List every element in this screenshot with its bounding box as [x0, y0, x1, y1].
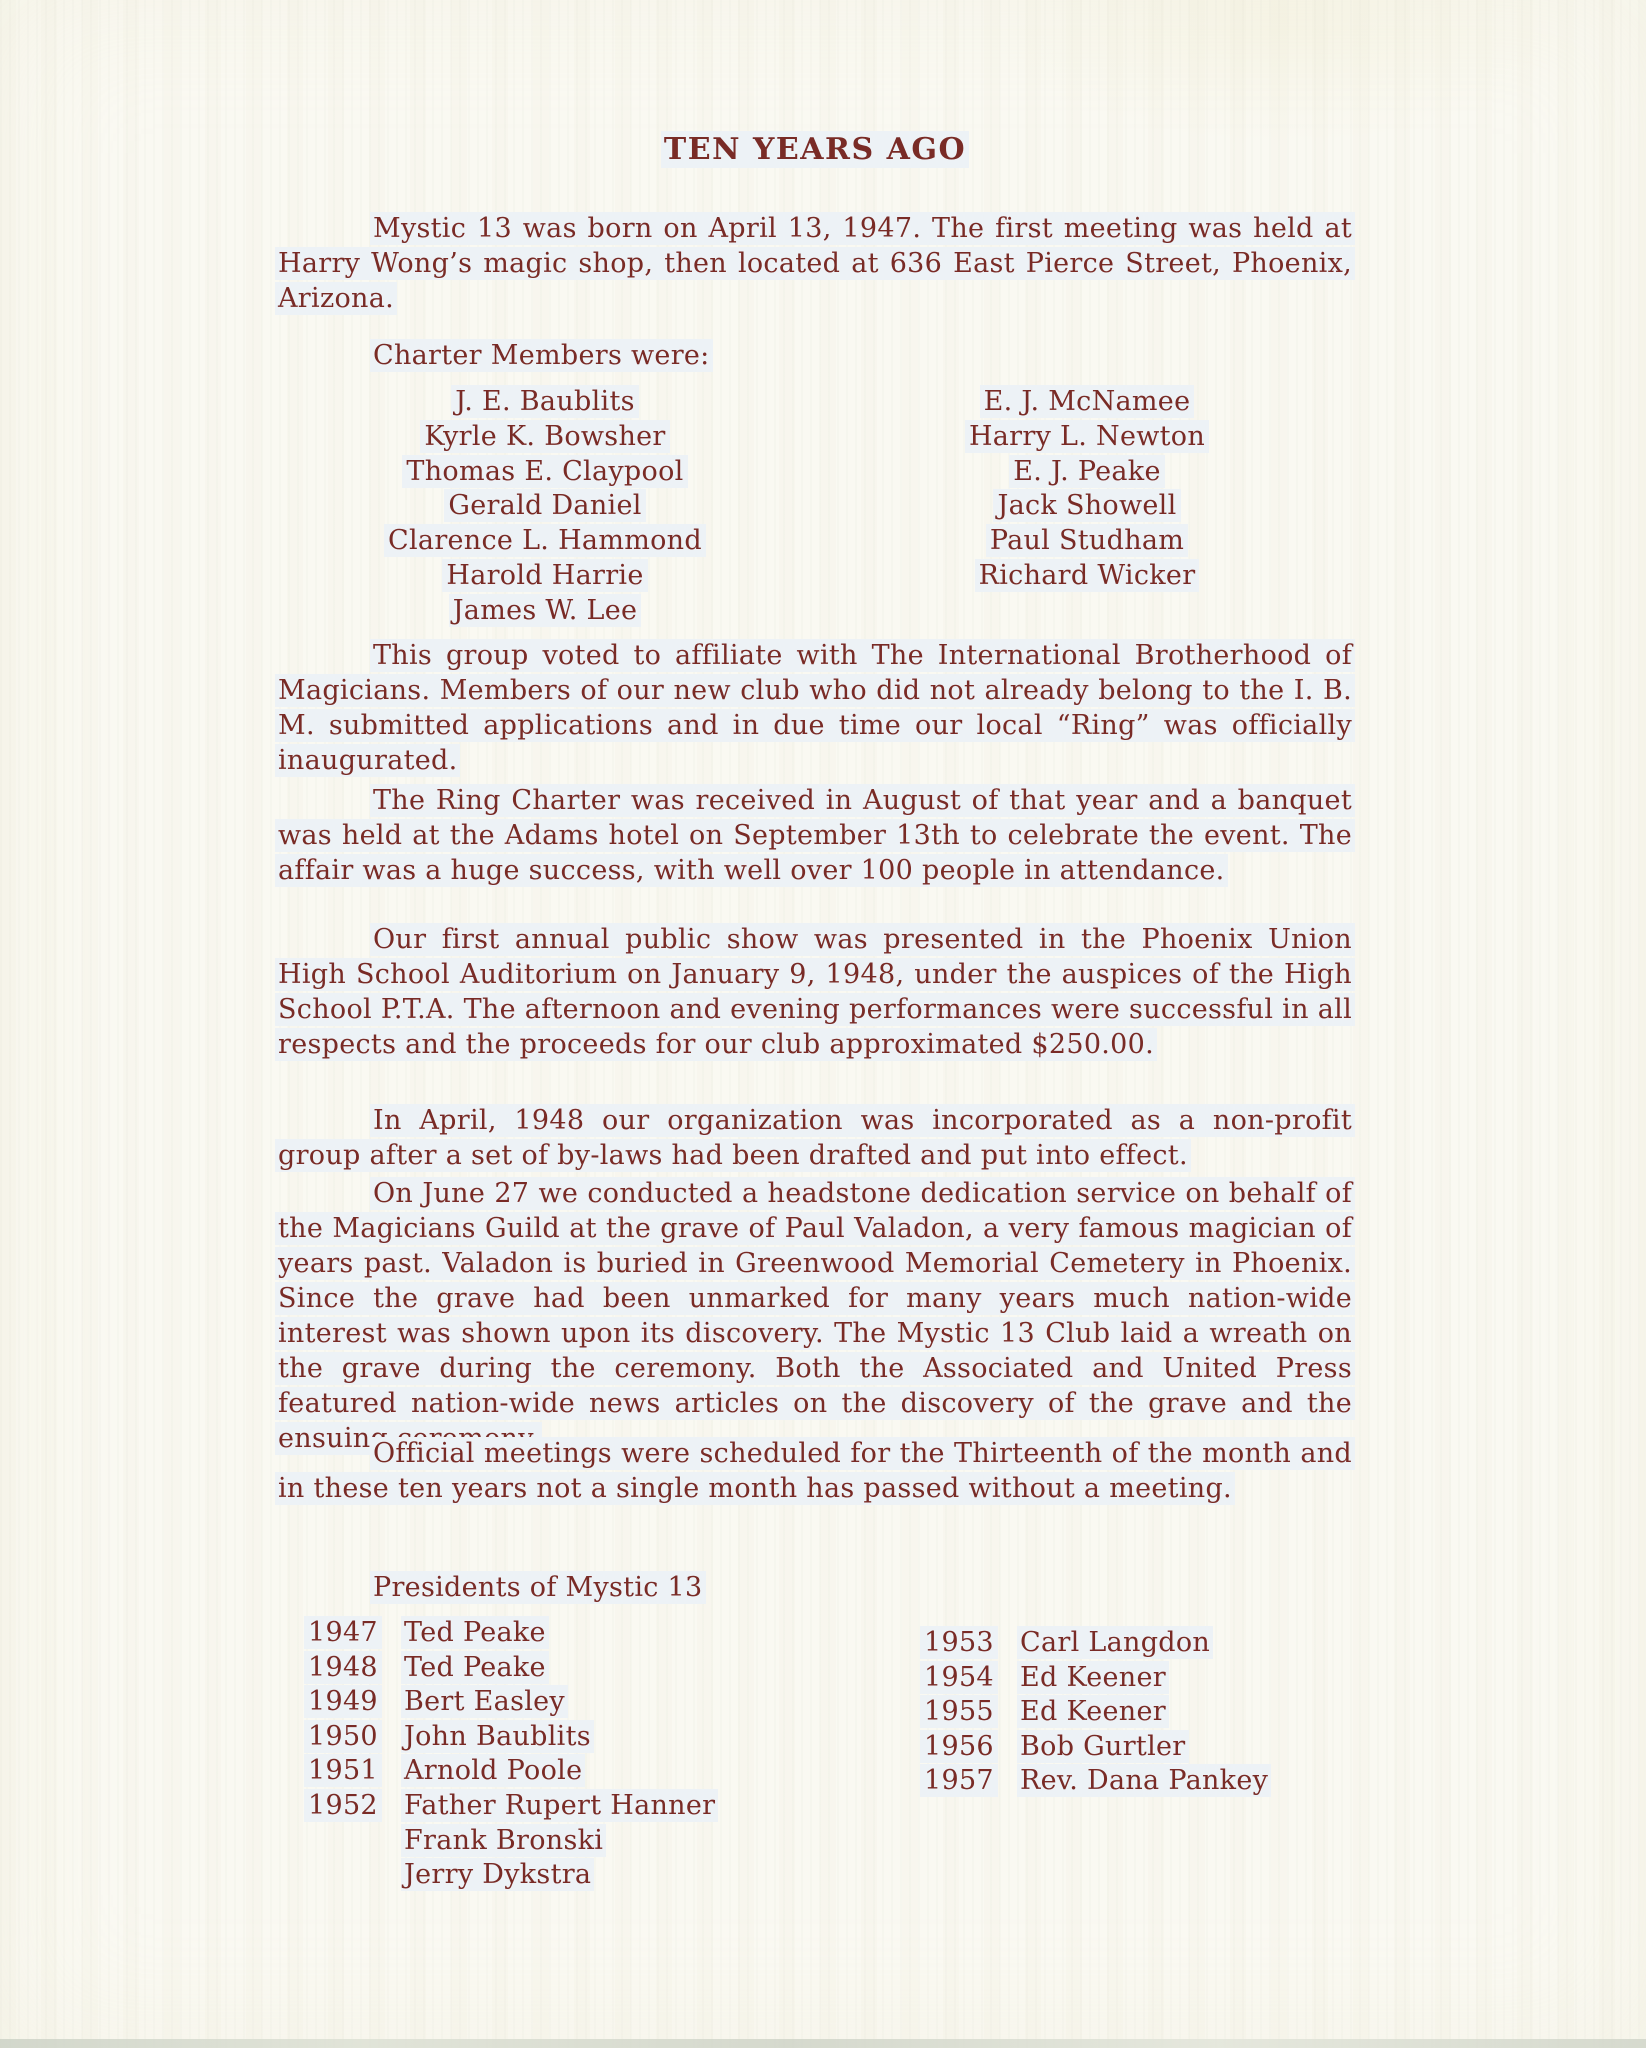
president-name-text: Father Rupert Hanner: [401, 1789, 718, 1822]
charter-member-name: Kyrle K. Bowsher: [275, 420, 815, 455]
president-name-text: Frank Bronski: [401, 1824, 606, 1857]
president-row: 1949Bert Easley: [304, 1685, 718, 1720]
member-name-text: E. J. McNamee: [980, 385, 1195, 418]
president-year: 1949: [304, 1685, 401, 1720]
charter-member-name: Jack Showell: [817, 489, 1357, 524]
president-year: [304, 1858, 401, 1893]
presidents-left-column: 1947Ted Peake 1948Ted Peake 1949Bert Eas…: [304, 1616, 718, 1893]
charter-member-name: Clarence L. Hammond: [275, 524, 815, 559]
president-name-text: Rev. Dana Pankey: [1017, 1764, 1271, 1797]
president-row: 1947Ted Peake: [304, 1616, 718, 1651]
charter-member-name: E. J. McNamee: [817, 385, 1357, 420]
body-paragraph: Official meetings were scheduled for the…: [275, 1436, 1355, 1506]
president-year: 1951: [304, 1754, 401, 1789]
president-name: Ed Keener: [1017, 1695, 1169, 1730]
presidents-heading: Presidents of Mystic 13: [370, 1570, 706, 1605]
president-year-text: 1948: [304, 1651, 382, 1684]
president-year: 1950: [304, 1720, 401, 1755]
body-paragraph: The Ring Charter was received in August …: [275, 783, 1355, 888]
body-paragraph: Mystic 13 was born on April 13, 1947. Th…: [275, 211, 1355, 316]
president-year: 1954: [920, 1661, 1017, 1696]
president-year: 1952: [304, 1789, 401, 1824]
member-name-text: Harold Harrie: [442, 559, 647, 592]
president-row: Frank Bronski: [304, 1824, 718, 1859]
president-name: Bert Easley: [401, 1685, 568, 1720]
president-name: Arnold Poole: [401, 1754, 585, 1789]
member-name-text: Paul Studham: [986, 524, 1188, 557]
charter-heading-text: Charter Members were:: [370, 339, 713, 372]
president-year-text: 1947: [304, 1616, 382, 1649]
charter-member-name: Harry L. Newton: [817, 420, 1357, 455]
presidents-right-column: 1953Carl Langdon 1954Ed Keener 1955Ed Ke…: [920, 1626, 1271, 1799]
page-title: TEN YEARS AGO: [275, 132, 1355, 167]
president-row: 1957Rev. Dana Pankey: [920, 1764, 1271, 1799]
charter-member-name: Paul Studham: [817, 524, 1357, 559]
charter-member-name: Gerald Daniel: [275, 489, 815, 524]
charter-member-name: J. E. Baublits: [275, 385, 815, 420]
president-name-text: Ed Keener: [1017, 1695, 1169, 1728]
president-name-text: Bert Easley: [401, 1685, 568, 1718]
member-name-text: Jack Showell: [993, 489, 1180, 522]
president-name-text: John Baublits: [401, 1720, 594, 1753]
president-year-text: 1952: [304, 1789, 382, 1822]
paragraph-text: Our first annual public show was present…: [275, 923, 1355, 1061]
scan-bottom-edge: [0, 2039, 1646, 2048]
member-name-text: Clarence L. Hammond: [384, 524, 706, 557]
president-name: Bob Gurtler: [1017, 1730, 1189, 1765]
body-paragraph: This group voted to affiliate with The I…: [275, 638, 1355, 778]
paragraph-text: Official meetings were scheduled for the…: [275, 1437, 1355, 1505]
president-name-text: Ted Peake: [401, 1651, 549, 1684]
member-name-text: E. J. Peake: [1009, 455, 1164, 488]
president-year: 1947: [304, 1616, 401, 1651]
body-paragraph: In April, 1948 our organization was inco…: [275, 1103, 1355, 1173]
president-row: 1954Ed Keener: [920, 1661, 1271, 1696]
president-name: Ted Peake: [401, 1616, 549, 1651]
president-name: John Baublits: [401, 1720, 594, 1755]
president-year-text: 1957: [920, 1764, 998, 1797]
president-year-text: 1956: [920, 1730, 998, 1763]
paragraph-text: The Ring Charter was received in August …: [275, 784, 1355, 887]
president-row: 1952Father Rupert Hanner: [304, 1789, 718, 1824]
president-row: Jerry Dykstra: [304, 1858, 718, 1893]
president-row: 1955Ed Keener: [920, 1695, 1271, 1730]
charter-member-name: Harold Harrie: [275, 559, 815, 594]
member-name-text: Thomas E. Claypool: [402, 455, 687, 488]
charter-member-name: E. J. Peake: [817, 455, 1357, 490]
president-year-text: 1949: [304, 1685, 382, 1718]
president-year: 1955: [920, 1695, 1017, 1730]
president-name-text: Ed Keener: [1017, 1661, 1169, 1694]
president-year-text: 1954: [920, 1661, 998, 1694]
president-name-text: Carl Langdon: [1017, 1626, 1213, 1659]
president-row: 1950John Baublits: [304, 1720, 718, 1755]
president-year: 1953: [920, 1626, 1017, 1661]
charter-members-right-column: E. J. McNamee Harry L. Newton E. J. Peak…: [817, 385, 1357, 594]
president-year-text: 1955: [920, 1695, 998, 1728]
page-title-text: TEN YEARS AGO: [661, 131, 969, 168]
presidents-heading-text: Presidents of Mystic 13: [370, 1571, 706, 1604]
president-name-text: Arnold Poole: [401, 1754, 585, 1787]
charter-member-name: James W. Lee: [275, 594, 815, 629]
president-name: Carl Langdon: [1017, 1626, 1213, 1661]
charter-member-name: Thomas E. Claypool: [275, 455, 815, 490]
president-row: 1951Arnold Poole: [304, 1754, 718, 1789]
president-name-text: Ted Peake: [401, 1616, 549, 1649]
member-name-text: J. E. Baublits: [451, 385, 639, 418]
member-name-text: James W. Lee: [449, 594, 642, 627]
body-paragraph: Our first annual public show was present…: [275, 922, 1355, 1062]
member-name-text: Richard Wicker: [975, 559, 1200, 592]
president-name: Ted Peake: [401, 1651, 549, 1686]
president-year: [304, 1824, 401, 1859]
member-name-text: Harry L. Newton: [965, 420, 1209, 453]
president-name: Jerry Dykstra: [401, 1858, 594, 1893]
president-name: Frank Bronski: [401, 1824, 606, 1859]
president-name: Ed Keener: [1017, 1661, 1169, 1696]
president-row: 1956Bob Gurtler: [920, 1730, 1271, 1765]
paragraph-text: On June 27 we conducted a headstone dedi…: [275, 1177, 1355, 1455]
president-year-text: 1953: [920, 1626, 998, 1659]
president-year: 1956: [920, 1730, 1017, 1765]
paragraph-text: In April, 1948 our organization was inco…: [275, 1104, 1355, 1172]
member-name-text: Gerald Daniel: [444, 489, 645, 522]
document-page: TEN YEARS AGO Mystic 13 was born on Apri…: [0, 0, 1646, 2048]
president-name: Rev. Dana Pankey: [1017, 1764, 1271, 1799]
president-name-text: Bob Gurtler: [1017, 1730, 1189, 1763]
president-year: 1948: [304, 1651, 401, 1686]
president-row: 1953Carl Langdon: [920, 1626, 1271, 1661]
president-year: 1957: [920, 1764, 1017, 1799]
charter-heading: Charter Members were:: [370, 338, 713, 373]
charter-members-left-column: J. E. Baublits Kyrle K. Bowsher Thomas E…: [275, 385, 815, 629]
paragraph-text: Mystic 13 was born on April 13, 1947. Th…: [275, 212, 1355, 315]
president-year-text: 1950: [304, 1720, 382, 1753]
charter-member-name: Richard Wicker: [817, 559, 1357, 594]
president-name: Father Rupert Hanner: [401, 1789, 718, 1824]
body-paragraph: On June 27 we conducted a headstone dedi…: [275, 1176, 1355, 1456]
member-name-text: Kyrle K. Bowsher: [420, 420, 669, 453]
paragraph-text: This group voted to affiliate with The I…: [275, 639, 1355, 777]
president-name-text: Jerry Dykstra: [401, 1858, 594, 1891]
president-row: 1948Ted Peake: [304, 1651, 718, 1686]
president-year-text: 1951: [304, 1754, 382, 1787]
